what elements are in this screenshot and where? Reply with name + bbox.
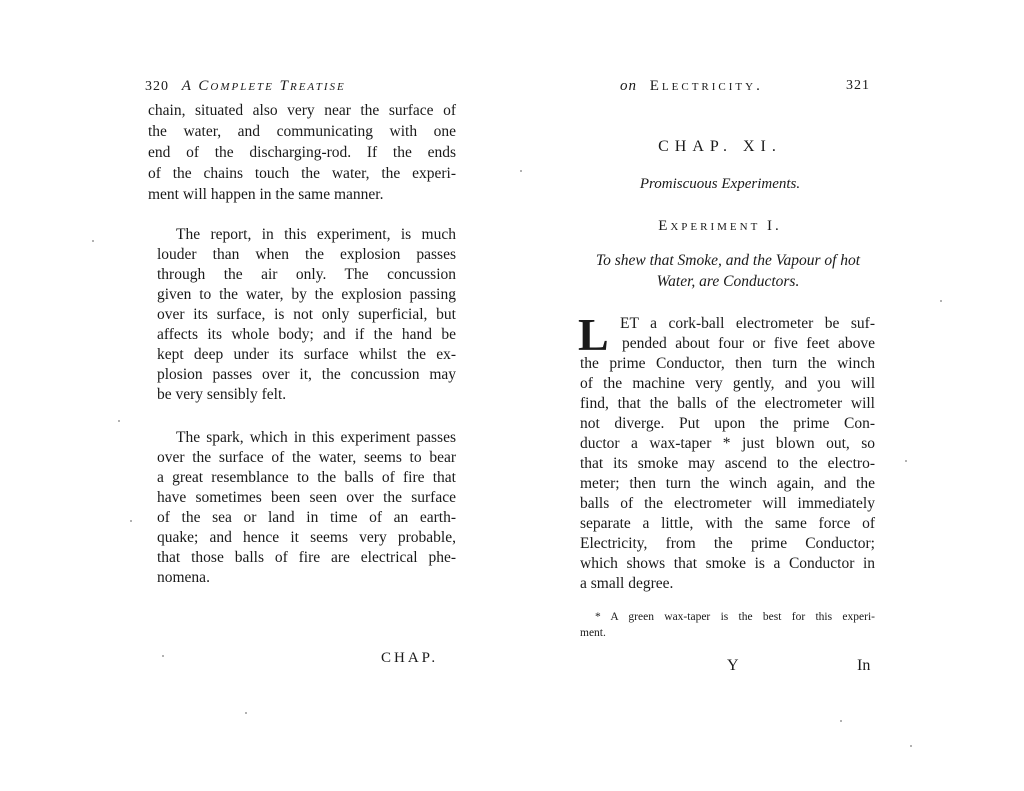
text-line: pended about four or five feet above (622, 334, 875, 354)
paper-speck (92, 240, 94, 242)
text-line: the water, and communicating with one (148, 122, 456, 142)
text-line: of the sea or land in time of an earth- (157, 508, 456, 528)
page-number: 320 (145, 79, 169, 94)
running-head-prefix: on (620, 78, 637, 94)
text-line: end of the discharging-rod. If the ends (148, 143, 456, 163)
paper-speck (910, 745, 912, 747)
text-line: through the air only. The concussion (157, 265, 456, 285)
footnote-line: * A green wax-taper is the best for this… (595, 609, 875, 625)
page-number: 321 (846, 78, 870, 94)
text-line: that its smoke may ascend to the electro… (580, 454, 875, 474)
catchword: CHAP. (381, 650, 438, 667)
text-line: affects its whole body; and if the hand … (157, 325, 456, 345)
text-line: that those balls of fire are electrical … (157, 548, 456, 568)
text-line: of the machine very gently, and you will (580, 374, 875, 394)
text-line: separate a little, with the same force o… (580, 514, 875, 534)
paper-speck (130, 520, 132, 522)
text-line: kept deep under its surface whilst the e… (157, 345, 456, 365)
paper-speck (905, 460, 907, 462)
text-line: which shows that smoke is a Conductor in (580, 554, 875, 574)
text-line: have sometimes been seen over the surfac… (157, 488, 456, 508)
text-line: a small degree. (580, 574, 673, 594)
text-line: not diverge. Put upon the prime Con- (580, 414, 875, 434)
paper-speck (840, 720, 842, 722)
footnote-line: ment. (580, 625, 606, 641)
text-line: the prime Conductor, then turn the winch (580, 354, 875, 374)
text-line: louder than when the explosion passes (157, 245, 456, 265)
text-line: balls of the electrometer will immediate… (580, 494, 875, 514)
paper-speck (245, 712, 247, 714)
running-head-title: Electricity. (650, 78, 763, 94)
catchword: In (857, 657, 870, 675)
paper-speck (940, 300, 942, 302)
paper-speck (520, 170, 522, 172)
text-line: be very sensibly felt. (157, 385, 286, 405)
paper-speck (162, 655, 164, 657)
experiment-title-line: To shew that Smoke, and the Vapour of ho… (578, 252, 878, 270)
text-line: ment will happen in the same manner. (148, 185, 383, 205)
text-line: The spark, which in this experiment pass… (176, 428, 456, 448)
paper-speck (118, 420, 120, 422)
text-line: Electricity, from the prime Conductor; (580, 534, 875, 554)
running-head: on Electricity. 321 (620, 78, 870, 95)
text-line: quake; and hence it seems very probable, (157, 528, 456, 548)
signature-mark: Y (727, 657, 742, 675)
text-line: chain, situated also very near the surfa… (148, 101, 456, 121)
chapter-subtitle: Promiscuous Experiments. (600, 176, 840, 193)
text-line: ET a cork-ball electrometer be suf- (620, 314, 875, 334)
text-line: over its surface, is not only superficia… (157, 305, 456, 325)
experiment-heading: Experiment I. (600, 218, 840, 235)
chapter-heading: CHAP. XI. (600, 138, 840, 156)
left-page: 320 A Complete Treatise chain, situated … (0, 0, 512, 791)
text-line: a great resemblance to the balls of fire… (157, 468, 456, 488)
text-line: find, that the balls of the electrometer… (580, 394, 875, 414)
text-line: over the surface of the water, seems to … (157, 448, 456, 468)
text-line: nomena. (157, 568, 210, 588)
text-line: plosion passes over it, the concussion m… (157, 365, 456, 385)
text-line: The report, in this experiment, is much (176, 225, 456, 245)
text-line: ductor a wax-taper * just blown out, so (580, 434, 875, 454)
experiment-title-line: Water, are Conductors. (578, 273, 878, 291)
text-line: meter; then turn the winch again, and th… (580, 474, 875, 494)
text-line: of the chains touch the water, the exper… (148, 164, 456, 184)
text-line: given to the water, by the explosion pas… (157, 285, 456, 305)
running-head: 320 A Complete Treatise (145, 78, 346, 95)
running-head-title: A Complete Treatise (182, 78, 346, 94)
drop-cap: L (578, 312, 609, 358)
